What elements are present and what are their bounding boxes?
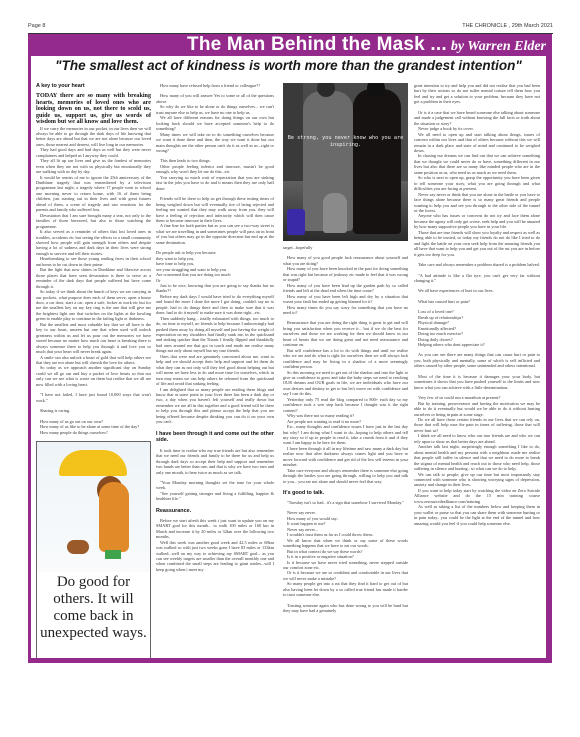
paragraph: As well as taking a list of the numbers … bbox=[414, 504, 540, 526]
quote-paragraph: "A bad attitude is like a flat tyre, you… bbox=[414, 273, 540, 284]
paragraph: Other people feeling inferior and insecu… bbox=[156, 164, 274, 175]
column-4: great intention to try and help you and … bbox=[414, 83, 540, 526]
list-item: Helping others who dont appreciate it? bbox=[414, 342, 540, 347]
paragraph: I am delighted that so many people are r… bbox=[156, 387, 274, 425]
dog-illustration bbox=[67, 540, 89, 554]
paragraph: It took time to realise who my true frie… bbox=[156, 448, 274, 475]
paragraph: Reassurance that you are doing the right… bbox=[283, 320, 408, 347]
paragraph: Or is it because we are so confident and… bbox=[283, 570, 408, 581]
paragraph: How many of us like to be alone at some … bbox=[36, 424, 151, 429]
paragraph: They all lit up our lives and give us th… bbox=[36, 158, 151, 174]
paragraph: Just to be nice, knowing that you are go… bbox=[156, 283, 274, 294]
paragraph: Take care and always remember a problem … bbox=[414, 262, 540, 267]
paragraph: Before my dark days I would have tried t… bbox=[156, 294, 274, 316]
page-header: Page 8 THE CHRONICLE , 29th March 2021 bbox=[28, 21, 553, 34]
umbrella-icon bbox=[59, 450, 127, 476]
paragraph: But the light that now shines in Dunblan… bbox=[36, 267, 151, 289]
paragraph: How many of you good people lack reassur… bbox=[283, 255, 408, 266]
paragraph: How many of you will answer Yes to some … bbox=[156, 93, 274, 104]
paragraph: Sharing is caring. bbox=[36, 408, 151, 413]
article-body: "The smallest act of kindness is worth m… bbox=[31, 56, 546, 658]
paragraph: If you want to help today start by watch… bbox=[414, 488, 540, 504]
paragraph: So many people get into a rut that they … bbox=[283, 581, 408, 597]
paragraph: How many times do you say sorry for some… bbox=[283, 305, 408, 316]
lede-paragraph: TODAY there are so many with breaking he… bbox=[36, 93, 151, 126]
paragraph: great intention to try and help you and … bbox=[414, 83, 540, 105]
paragraph: They had good days and bad days as well … bbox=[36, 147, 151, 158]
section-heading: I have been through it and come out the … bbox=[156, 431, 274, 443]
photo-child bbox=[323, 193, 347, 233]
paragraph: But by training, perseverance and having… bbox=[414, 401, 540, 417]
section-heading: It's good to talk. bbox=[283, 490, 408, 496]
paragraph: If we carry the memories in our pocket, … bbox=[36, 126, 151, 148]
photo-caption: Be strong, you never know who you are in… bbox=[283, 135, 408, 149]
paragraph: I have been through it all in my lifetim… bbox=[283, 446, 408, 468]
girl-illustration bbox=[99, 482, 129, 552]
pull-quote: "The smallest act of kindness is worth m… bbox=[31, 58, 546, 73]
paragraph: How many of you have been lead up the ga… bbox=[283, 283, 408, 294]
paragraph: It would be remiss of me to ignore the 2… bbox=[36, 175, 151, 213]
paragraph: So why do we like to be alone or do thin… bbox=[156, 104, 274, 115]
paragraph: Many times we will take on to do somethi… bbox=[156, 132, 274, 154]
paragraph: So today as we approach another signific… bbox=[36, 365, 151, 387]
paragraph: I think we all need to know who our true… bbox=[414, 433, 540, 444]
page-number: Page 8 bbox=[28, 23, 45, 29]
paragraph: Heartbreaking to see those young smiling… bbox=[36, 256, 151, 267]
paragraph: You carrying so much wait of expectation… bbox=[156, 175, 274, 191]
paragraph: Anyone who has issues or concerns do not… bbox=[414, 213, 540, 229]
paragraph: But self confidence has a lot to do with… bbox=[283, 348, 408, 370]
paragraph: Never say never or think that you are al… bbox=[414, 192, 540, 214]
article-banner: The Man Behind the Mask ...by Warren Eld… bbox=[28, 34, 552, 56]
paragraph: Ones that were and are genuinely concern… bbox=[156, 354, 274, 387]
paragraph: So this morning we need to get out of th… bbox=[283, 370, 408, 397]
article-title: The Man Behind the Mask ... bbox=[187, 34, 447, 55]
paragraph: Devastation that I am sure brought many … bbox=[36, 213, 151, 229]
paragraph: So today if we think about the bunch of … bbox=[36, 289, 151, 322]
poster-caption: Do good for others. It will come back in… bbox=[37, 574, 150, 642]
quote-paragraph: "I have not failed, I have just found 10… bbox=[36, 392, 151, 403]
paragraph: We all know that when we think or say so… bbox=[283, 538, 408, 549]
inspirational-photo: Be strong, you never know who you are in… bbox=[283, 83, 408, 241]
paragraph: We all have experiences of hurt in our l… bbox=[414, 288, 540, 293]
section-heading: A key to your heart bbox=[36, 83, 151, 89]
column-3: Be strong, you never know who you are in… bbox=[283, 83, 408, 614]
paragraph: So who is next to open up, grasp the opp… bbox=[414, 175, 540, 191]
paragraph: Etc.. many thoughts and confidence issue… bbox=[283, 424, 408, 446]
paragraph: But the smallest and most valuable key t… bbox=[36, 322, 151, 355]
article-byline: by Warren Elder bbox=[451, 39, 546, 54]
paragraph: Trusting someone again who has done wron… bbox=[283, 603, 408, 614]
paragraph: A smile can also unlock a heart of gold … bbox=[36, 355, 151, 366]
paragraph: In chasing our dreams we can find out th… bbox=[414, 153, 540, 175]
paragraph: How many of you have been knocked in the… bbox=[283, 266, 408, 282]
paragraph: How many of you have been left high and … bbox=[283, 294, 408, 305]
paragraph: Friends will be there to help us get thr… bbox=[156, 196, 274, 223]
quote-paragraph: "Tuesday isn't so bad.. it's a sign that… bbox=[283, 500, 408, 505]
photo-figure-right bbox=[353, 89, 401, 234]
boots-shape bbox=[105, 550, 121, 559]
paragraph: Most of the time it is because it damage… bbox=[414, 374, 540, 390]
photo-logo-icon bbox=[287, 209, 305, 235]
paragraph: It also served as a reminder of others t… bbox=[36, 229, 151, 256]
paragraph: We all need to open up and start talking… bbox=[414, 132, 540, 154]
article-frame: The Man Behind the Mask ...by Warren Eld… bbox=[28, 34, 552, 663]
paragraph: We all have different reasons for doing … bbox=[156, 115, 274, 131]
paragraph: Another talk last night, surprisingly en… bbox=[414, 444, 540, 471]
paragraph: Take care everyone and always remember t… bbox=[283, 468, 408, 484]
paragraph: A fine line for both parties but as you … bbox=[156, 223, 274, 245]
paragraph: Or is it a case that we have heard someo… bbox=[414, 110, 540, 126]
column-1: A key to your heart TODAY there are so m… bbox=[36, 83, 151, 658]
paragraph: Yesterday only 75 read the blog compared… bbox=[283, 397, 408, 413]
paragraph: What has caused hurt or pain? bbox=[414, 299, 540, 304]
paragraph: Well this week was another good week and… bbox=[156, 540, 274, 573]
column-2: How many have refused help from a friend… bbox=[156, 83, 274, 572]
paragraph: Then suddenly bang... totally exhausted … bbox=[156, 316, 274, 354]
kindness-poster: Do good for others. It will come back in… bbox=[36, 441, 151, 658]
paragraph: How many people do things ourselves? bbox=[36, 430, 151, 435]
paragraph: Before we start afresh this week i just … bbox=[156, 518, 274, 540]
paragraph: target...hopefully bbox=[283, 245, 408, 250]
quote-paragraph: "See yourself getting stronger and livin… bbox=[156, 491, 274, 502]
paragraph: How many have refused help from a friend… bbox=[156, 83, 274, 88]
paragraph: Do we all have those certain friends in … bbox=[414, 417, 540, 433]
paragraph: We can talk to people, give up our time … bbox=[414, 472, 540, 488]
paragraph: As you can see there are many things tha… bbox=[414, 352, 540, 368]
publication-date: THE CHRONICLE , 29th March 2021 bbox=[462, 23, 553, 29]
paragraph: Is it because we have never tried someth… bbox=[283, 560, 408, 571]
quote-paragraph: "Your Monday morning thoughts set the to… bbox=[156, 480, 274, 491]
section-heading: Reassurance. bbox=[156, 508, 274, 514]
paragraph: Those that are true friends will show yo… bbox=[414, 230, 540, 257]
